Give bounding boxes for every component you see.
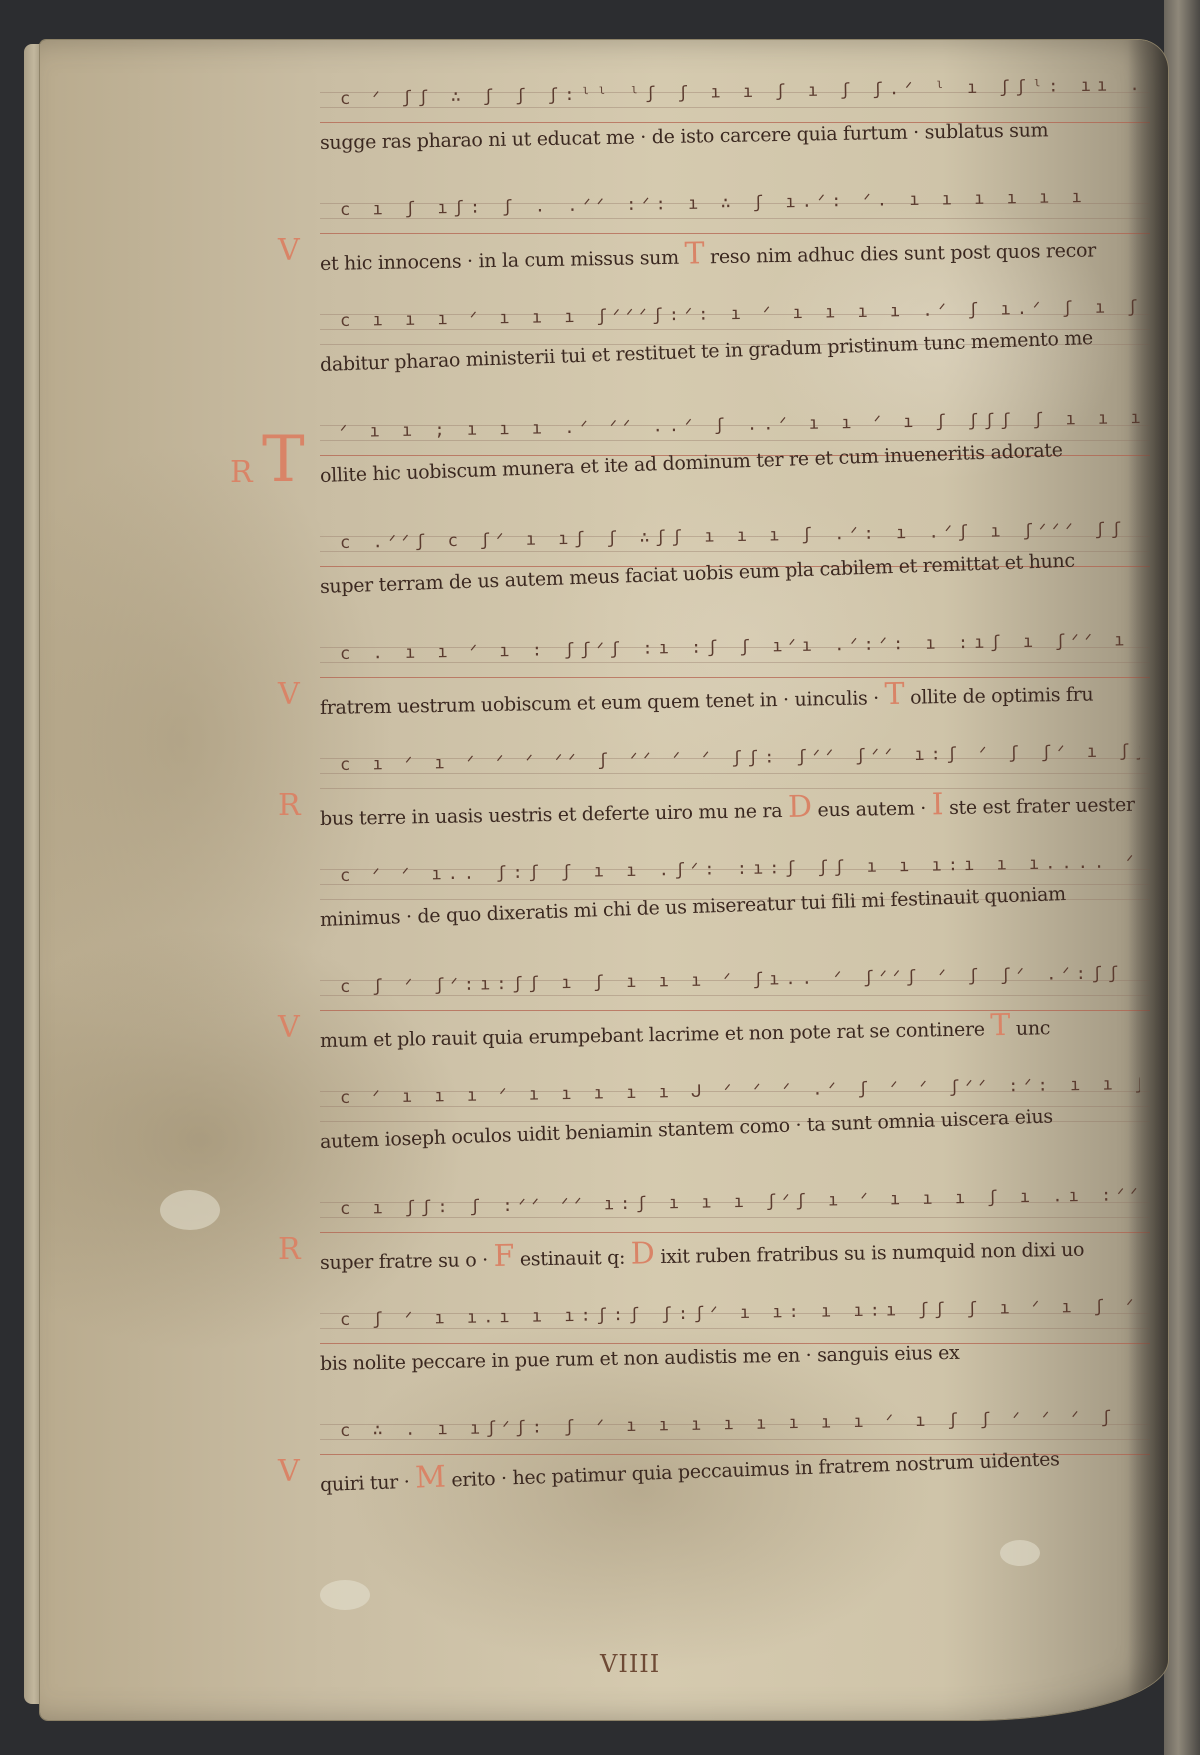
- lyric-text: estinauit q:: [520, 1247, 626, 1271]
- chant-system: R c ı ʃʃ: ʃ :ᐟᐟ ᐟᐟ ı:ʃ ı ı ı ʃᐟʃ ı ᐟ ı ı…: [270, 1170, 1150, 1281]
- lyric-text: bus terre in uasis uestris et deferte ui…: [320, 800, 783, 830]
- rubric-versus: V: [278, 677, 300, 712]
- lyric-line: super fratre su o · F estinauit q: D ixi…: [320, 1228, 1150, 1277]
- chant-system: c ʃ ᐟ ı ı.ı ı ı:ʃ:ʃ ʃ:ʃᐟ ı ı: ı ı:ı ʃʃ ʃ…: [270, 1281, 1150, 1392]
- rubric-cue-initial: M: [415, 1460, 447, 1496]
- rubric-versus: V: [278, 1010, 300, 1045]
- parchment-stain: [320, 1580, 370, 1610]
- chant-system: V c ı ʃ ıʃ: ʃ . .ᐟᐟ :ᐟ: ı ∴ ʃ ı.ᐟ: ᐟ. ı …: [270, 171, 1150, 282]
- folio-number: VIIII: [600, 1650, 660, 1678]
- lyric-text: quiri tur ·: [320, 1471, 410, 1496]
- lyric-line: et hic innocens · in la cum missus sum T…: [320, 229, 1150, 278]
- rubric-cue-initial: D: [788, 789, 812, 824]
- parchment-stain: [1000, 1540, 1040, 1566]
- lyric-text: unc: [1016, 1017, 1051, 1040]
- lyric-line: mum et plo rauit quia erumpebant lacrime…: [320, 1006, 1150, 1055]
- chant-system: c .ᐟᐟʃ c ʃᐟ ı ıʃ ʃ ∴ʃʃ ı ı ı ʃ .ᐟ: ı .ᐟʃ…: [270, 504, 1150, 615]
- rubric-cue-initial: I: [931, 787, 943, 822]
- rubric-versus: V: [278, 1454, 300, 1489]
- chant-system: c ᐟ ı ı ı ᐟ ı ı ı ı ı ᒍ ᐟ ᐟ ᐟ .ᐟ ʃ ᐟ ᐟ ʃ…: [270, 1059, 1150, 1170]
- chant-system: c ı ı ı ᐟ ı ı ı ʃᐟᐟᐟʃ:ᐟ: ı ᐟ ı ı ı ı .ᐟ …: [270, 282, 1150, 393]
- chant-system: V c ʃ ᐟ ʃᐟ:ı:ʃʃ ı ʃ ı ı ı ᐟ ʃı.. ᐟ ʃᐟᐟʃ …: [270, 948, 1150, 1059]
- rubric-responsory: R: [278, 1232, 301, 1267]
- lyric-text: ixit ruben fratribus su is numquid non d…: [660, 1239, 1084, 1268]
- rubric-responsory: R: [230, 455, 253, 490]
- chant-system: V c . ı ı ᐟ ı : ʃʃᐟʃ :ı :ʃ ʃ ıᐟı .ᐟ:ᐟ: ı…: [270, 615, 1150, 726]
- lyric-text: reso nim adhuc dies sunt post quos recor: [710, 239, 1096, 268]
- chant-system: R c ı ᐟ ı ᐟ ᐟ ᐟ ᐟᐟ ʃ ᐟᐟ ᐟ ᐟ ʃʃ: ʃᐟᐟ ʃᐟᐟ …: [270, 726, 1150, 837]
- book-spine-shadow: [1164, 0, 1200, 1755]
- rubric-cue-initial: T: [990, 1008, 1010, 1043]
- chant-system: V c ∴ . ı ıʃᐟʃ: ʃ ᐟ ı ı ı ı ı ı ı ı ᐟ ı …: [270, 1392, 1150, 1503]
- rubric-cue-initial: T: [684, 236, 704, 271]
- parchment-stain: [160, 1190, 220, 1230]
- rubric-versus: V: [278, 233, 300, 268]
- lyric-text: mum et plo rauit quia erumpebant lacrime…: [320, 1018, 985, 1052]
- chant-system: c ᐟ ʃʃ ∴ ʃ ʃ ʃ:ˡˡ ˡʃ ʃ ı ı ʃ ı ʃ ʃ.ᐟ ˡ ı…: [270, 60, 1150, 171]
- lyric-text: super fratre su o ·: [320, 1249, 488, 1274]
- decorated-initial: T: [262, 423, 305, 497]
- rubric-cue-initial: F: [493, 1239, 514, 1274]
- manuscript-page: c ᐟ ʃʃ ∴ ʃ ʃ ʃ:ˡˡ ˡʃ ʃ ı ı ʃ ı ʃ ʃ.ᐟ ˡ ı…: [40, 40, 1168, 1720]
- rubric-cue-initial: D: [630, 1236, 654, 1271]
- chant-system: R T ᐟ ı ı ; ı ı ı .ᐟ ᐟᐟ ..ᐟ ʃ ..ᐟ ı ı ᐟ …: [270, 393, 1150, 504]
- lyric-text: ollite de optimis fru: [910, 684, 1094, 709]
- lyric-text: eus autem ·: [817, 797, 926, 821]
- lyric-text: ste est frater uester: [949, 794, 1135, 819]
- lyric-line: fratrem uestrum uobiscum et eum quem ten…: [320, 673, 1150, 722]
- lyric-text: et hic innocens · in la cum missus sum: [320, 247, 679, 275]
- page-curl-shadow: [1128, 40, 1168, 1720]
- lyric-line: bus terre in uasis uestris et deferte ui…: [320, 784, 1150, 833]
- lyric-text: fratrem uestrum uobiscum et eum quem ten…: [320, 687, 879, 719]
- rubric-cue-initial: T: [884, 677, 904, 712]
- chant-system: c ᐟ ᐟ ı.. ʃ:ʃ ʃ ı ı .ʃᐟ: :ı:ʃ ʃʃ ı ı ı:ı…: [270, 837, 1150, 948]
- music-text-block: c ᐟ ʃʃ ∴ ʃ ʃ ʃ:ˡˡ ˡʃ ʃ ı ı ʃ ı ʃ ʃ.ᐟ ˡ ı…: [270, 60, 1150, 1503]
- rubric-responsory: R: [278, 788, 301, 823]
